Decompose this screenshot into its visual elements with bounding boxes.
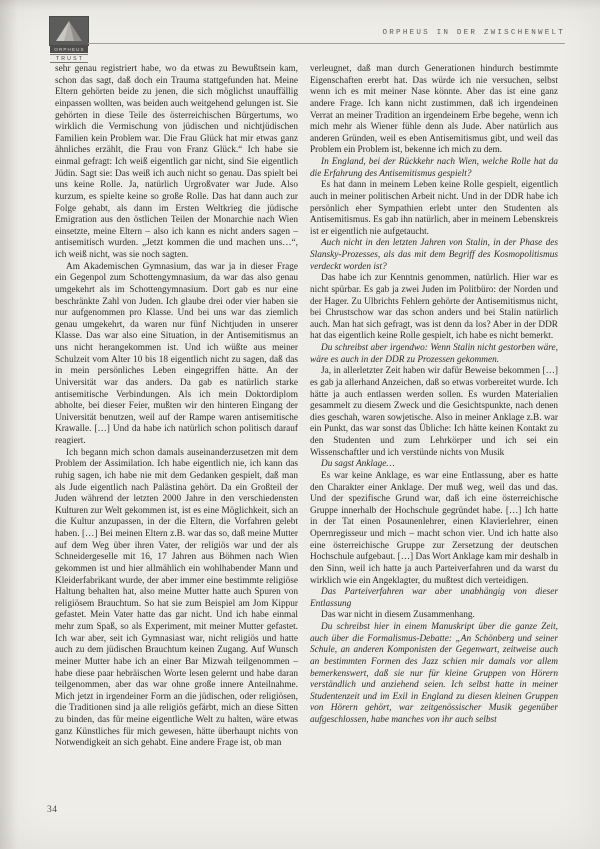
header-divider	[88, 43, 565, 44]
body-paragraph: Ich begann mich schon damals auseinander…	[55, 448, 298, 750]
interview-question-paragraph: Auch nicht in den letzten Jahren von Sta…	[310, 238, 558, 273]
interview-question-paragraph: Du sagst Anklage…	[310, 459, 558, 471]
body-paragraph: sehr genau registriert habe, wo da etwas…	[55, 64, 298, 262]
page-number: 34	[47, 805, 58, 815]
body-paragraph: Das war nicht in diesem Zusammenhang.	[310, 610, 558, 622]
interview-question-paragraph: In England, bei der Rückkehr nach Wien, …	[310, 157, 558, 180]
interview-question-paragraph: Du schreibst aber irgendwo: Wenn Stalin …	[310, 343, 558, 366]
running-title: ORPHEUS IN DER ZWISCHENWELT	[383, 29, 565, 37]
body-paragraph: Das habe ich zur Kenntnis genommen, natü…	[310, 273, 558, 343]
column-left: sehr genau registriert habe, wo da etwas…	[55, 64, 298, 750]
interview-question-paragraph: Das Parteiverfahren war aber unabhängig …	[310, 587, 558, 610]
pyramid-icon	[50, 17, 88, 45]
body-paragraph: Es war keine Anklage, es war eine Entlas…	[310, 471, 558, 587]
body-paragraph: verleugnet, daß man durch Generationen h…	[310, 64, 558, 157]
logo-orpheus-label: ORPHEUS	[50, 46, 88, 53]
body-paragraph: Ja, in allerletzter Zeit haben wir dafür…	[310, 366, 558, 459]
text-columns: sehr genau registriert habe, wo da etwas…	[55, 64, 558, 750]
logo-trust-label: TRUST	[50, 54, 88, 63]
orpheus-trust-logo: ORPHEUS TRUST	[50, 17, 88, 63]
book-page: ORPHEUS TRUST ORPHEUS IN DER ZWISCHENWEL…	[0, 0, 600, 849]
body-paragraph: Es hat dann in meinem Leben keine Rolle …	[310, 180, 558, 238]
interview-question-paragraph: Du schreibst hier in einem Manuskript üb…	[310, 622, 558, 727]
column-right: verleugnet, daß man durch Generationen h…	[310, 64, 558, 750]
body-paragraph: Am Akademischen Gymnasium, das war ja in…	[55, 262, 298, 448]
